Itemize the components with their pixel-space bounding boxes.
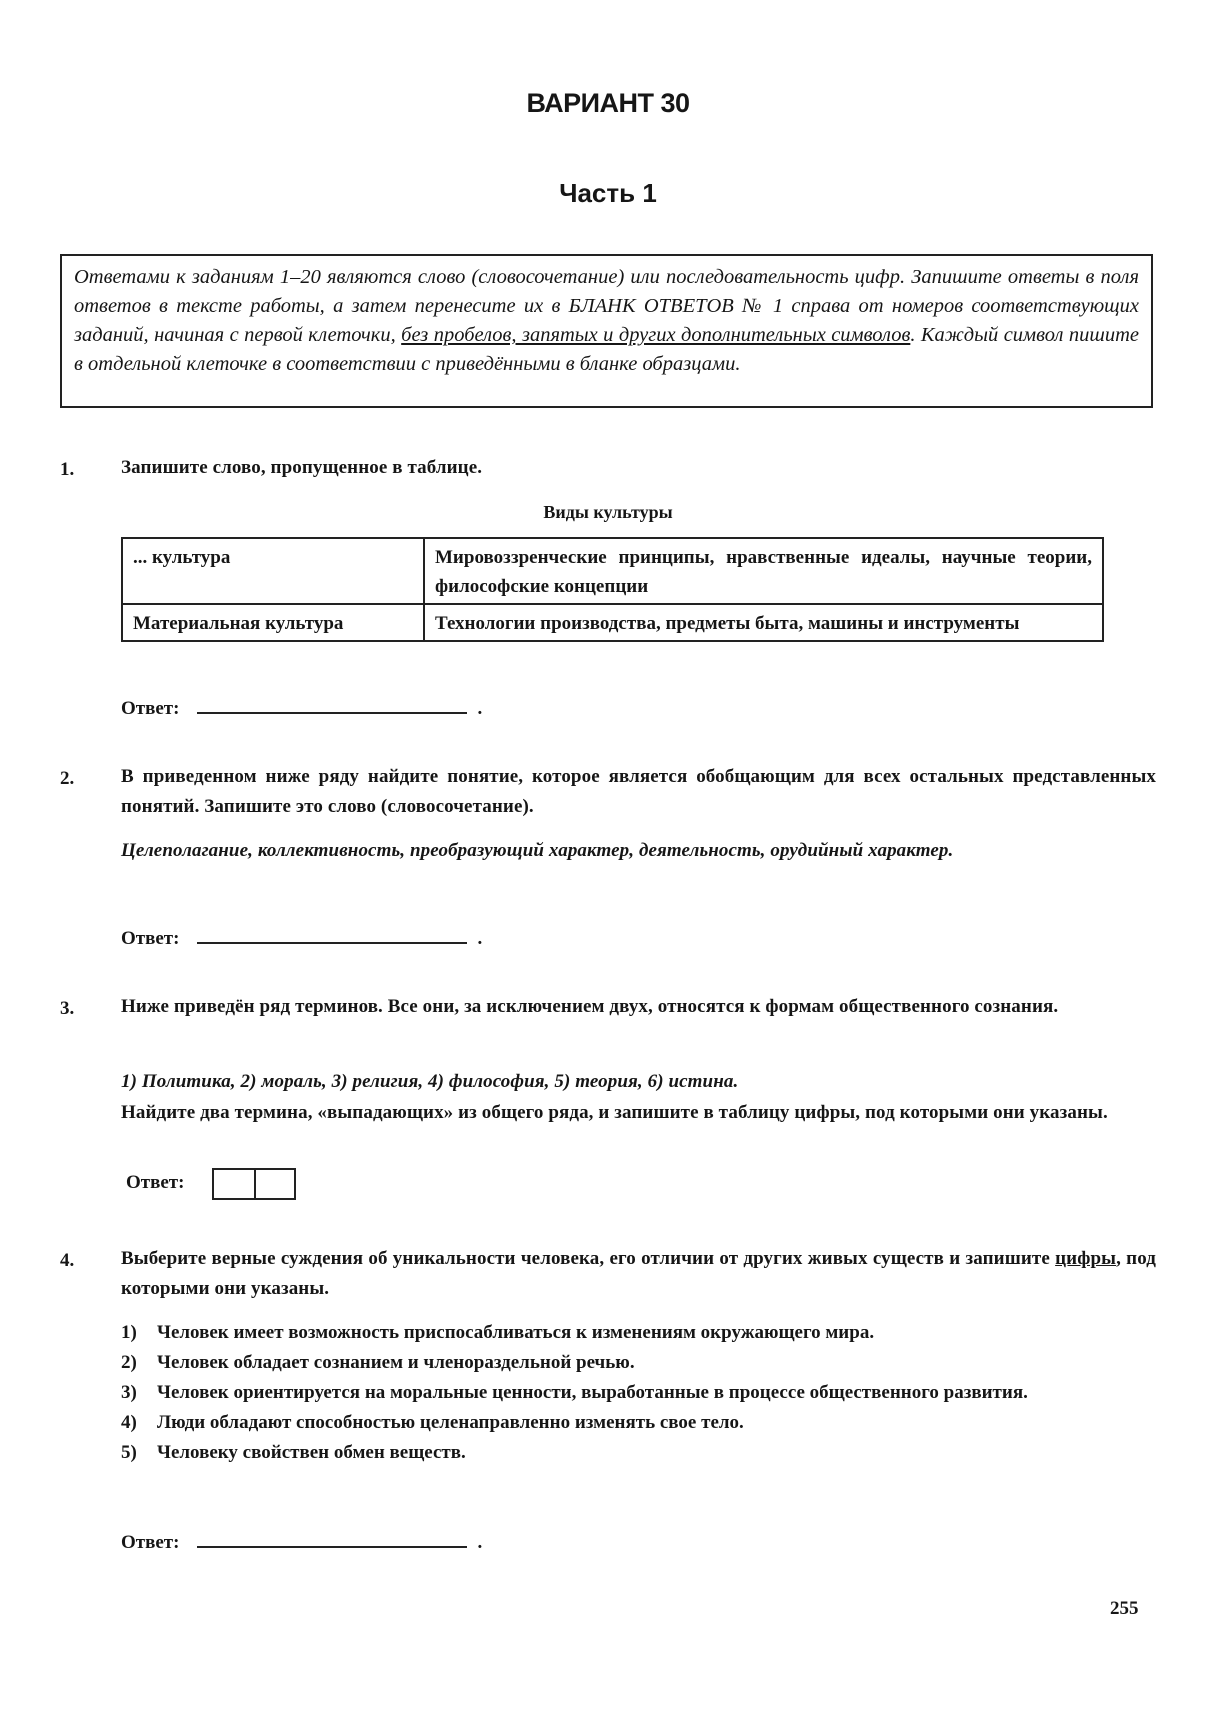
table-cell: Материальная культура [122, 604, 424, 641]
instructions-emphasis: без пробелов, запятых и других дополните… [401, 324, 910, 346]
question-3-terms: 1) Политика, 2) мораль, 3) религия, 4) ф… [121, 1067, 1156, 1097]
question-4-text: Выберите верные суждения об уникальности… [121, 1244, 1156, 1304]
list-item: 3)Человек ориентируется на моральные цен… [121, 1378, 1156, 1408]
answer-cell[interactable] [254, 1170, 294, 1198]
question-2-number: 2. [60, 768, 74, 790]
answer-field[interactable] [197, 926, 467, 944]
table-cell: ... культура [122, 538, 424, 604]
option-text: Человек обладает сознанием и членораздел… [157, 1352, 635, 1373]
answer-period: . [477, 698, 482, 720]
answer-field[interactable] [197, 1530, 467, 1548]
option-text: Человек ориентируется на моральные ценно… [157, 1382, 1028, 1403]
part-title: Часть 1 [0, 178, 1216, 209]
question-4-options: 1)Человек имеет возможность приспосаблив… [121, 1318, 1156, 1468]
question-3-text: Ниже приведён ряд терминов. Все они, за … [121, 992, 1156, 1022]
question-1-answer: Ответ:. [121, 696, 482, 720]
question-4-number: 4. [60, 1250, 74, 1272]
question-2-series: Целеполагание, коллективность, преобразу… [121, 836, 1156, 866]
option-number: 2) [121, 1348, 137, 1378]
culture-types-table: ... культура Мировоззренческие принципы,… [121, 537, 1104, 642]
option-text: Люди обладают способностью целенаправлен… [157, 1412, 744, 1433]
list-item: 4)Люди обладают способностью целенаправл… [121, 1408, 1156, 1438]
option-text: Человек имеет возможность приспосабливат… [157, 1322, 874, 1343]
answer-period: . [477, 1532, 482, 1554]
table-caption: Виды культуры [0, 502, 1216, 523]
answer-label: Ответ: [121, 698, 179, 720]
question-2-answer: Ответ:. [121, 926, 482, 950]
question-2-text: В приведенном ниже ряду найдите понятие,… [121, 762, 1156, 822]
answer-label: Ответ: [126, 1172, 184, 1194]
page-number: 255 [1110, 1598, 1139, 1620]
answer-cell[interactable] [214, 1170, 254, 1198]
question-4-answer: Ответ:. [121, 1530, 482, 1554]
answer-boxes [212, 1168, 296, 1200]
question-1-text: Запишите слово, пропущенное в таблице. [121, 453, 1156, 483]
option-number: 1) [121, 1318, 137, 1348]
exam-page: ВАРИАНТ 30 Часть 1 Ответами к заданиям 1… [0, 0, 1216, 1712]
table-row: ... культура Мировоззренческие принципы,… [122, 538, 1103, 604]
option-number: 5) [121, 1438, 137, 1468]
option-number: 3) [121, 1378, 137, 1408]
table-cell: Мировоззренческие принципы, нравственные… [424, 538, 1103, 604]
question-4-text-start: Выберите верные суждения об уникальности… [121, 1248, 1055, 1269]
question-1-number: 1. [60, 459, 74, 481]
variant-title: ВАРИАНТ 30 [0, 88, 1216, 119]
list-item: 1)Человек имеет возможность приспосаблив… [121, 1318, 1156, 1348]
question-3-number: 3. [60, 998, 74, 1020]
option-number: 4) [121, 1408, 137, 1438]
list-item: 5)Человеку свойствен обмен веществ. [121, 1438, 1156, 1468]
table-row: Материальная культура Технологии произво… [122, 604, 1103, 641]
instructions-box: Ответами к заданиям 1–20 являются слово … [60, 254, 1153, 408]
option-text: Человеку свойствен обмен веществ. [157, 1442, 466, 1463]
answer-label: Ответ: [121, 928, 179, 950]
question-3-answer: Ответ: [126, 1168, 296, 1200]
list-item: 2)Человек обладает сознанием и членоразд… [121, 1348, 1156, 1378]
question-4-emphasis: цифры [1055, 1248, 1116, 1269]
answer-label: Ответ: [121, 1532, 179, 1554]
table-cell: Технологии производства, предметы быта, … [424, 604, 1103, 641]
answer-field[interactable] [197, 696, 467, 714]
answer-period: . [477, 928, 482, 950]
question-3-instruction: Найдите два термина, «выпадающих» из общ… [121, 1098, 1156, 1128]
